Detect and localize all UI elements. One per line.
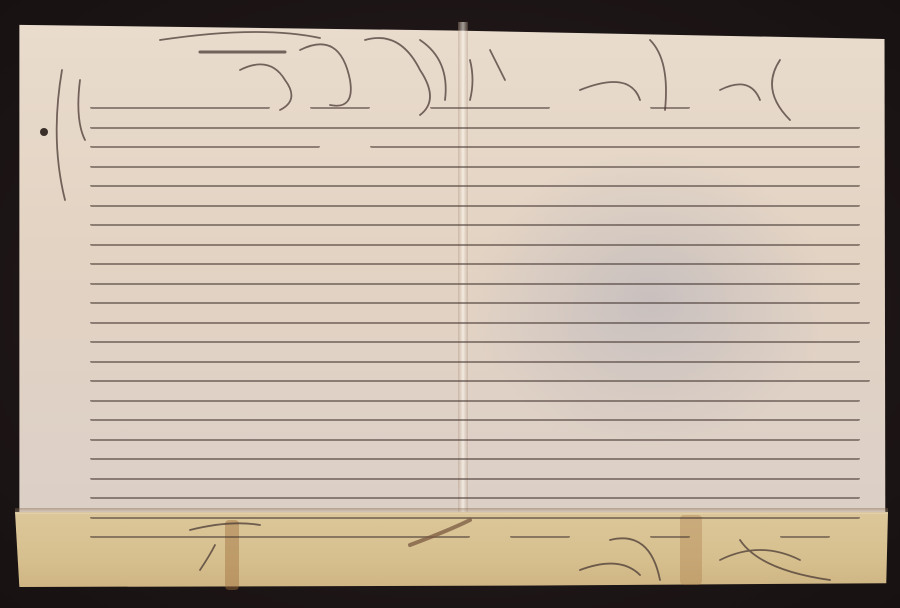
ink-flourishes <box>0 0 900 608</box>
